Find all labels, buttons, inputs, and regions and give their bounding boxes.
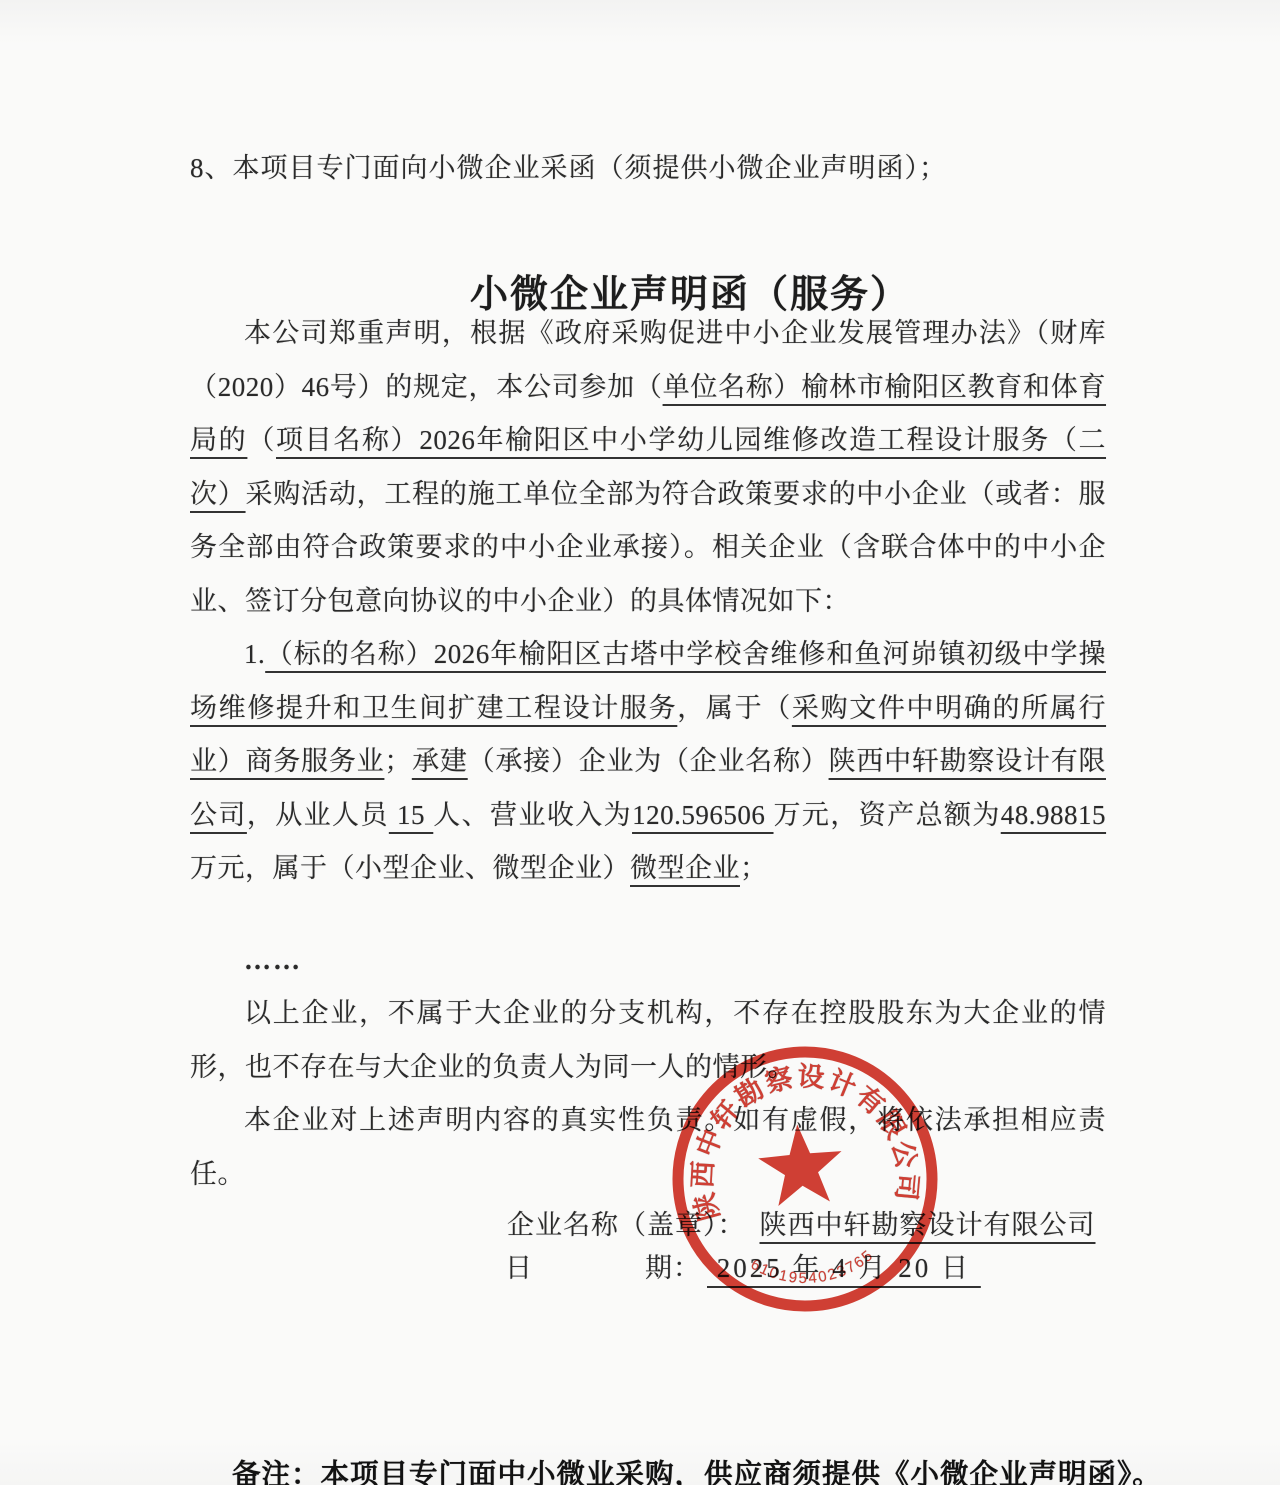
text-segment: 采购活动，工程的施工单位全部为符合政策要求的中小企业（或者：服务全部由符合政策要… [190, 479, 1106, 616]
text-segment: 48.98815 [1001, 800, 1106, 830]
ellipsis-line: …… [190, 934, 1106, 988]
text-segment: ； [384, 746, 412, 776]
footer-remark: 备注：本项目专门面中小微业采购，供应商须提供《小微企业声明函》。 [232, 1452, 1162, 1485]
text-segment: 人、营业收入为 [433, 800, 632, 830]
text-segment: 万元，属于（小型企业、微型企业） [190, 853, 630, 883]
responsibility-paragraph: 本企业对上述声明内容的真实性负责。如有虚假，将依法承担相应责任。 [190, 1094, 1106, 1201]
text-segment: 万元，资产总额为 [774, 800, 1001, 830]
text-segment: 15 [389, 800, 433, 830]
text-segment: ； [740, 853, 768, 883]
scanned-declaration-document: { "page": { "note_top": "8、本项目专门面向小微企业采函… [0, 0, 1280, 1485]
text-segment: 120.596506 [632, 800, 773, 830]
seal-star-icon [756, 1121, 846, 1208]
clause-8-note: 8、本项目专门面向小微企业采函（须提供小微企业声明函）； [190, 146, 947, 185]
seal-serial-number: 6101954023765 [747, 1245, 880, 1292]
text-segment: ，从业人员 [247, 800, 389, 830]
text-segment: ，属于（ [677, 693, 792, 723]
declaration-paragraph: 本公司郑重声明，根据《政府采购促进中小企业发展管理办法》（财库（2020）46号… [190, 307, 1106, 628]
no-large-enterprise-paragraph: 以上企业，不属于大企业的分支机构，不存在控股股东为大企业的情形，也不存在与大企业… [190, 987, 1106, 1094]
text-segment: （承接）企业为（企业名称） [468, 746, 829, 776]
document-body: 本公司郑重声明，根据《政府采购促进中小企业发展管理办法》（财库（2020）46号… [190, 307, 1106, 1201]
text-segment: 微型企业 [630, 853, 740, 883]
text-segment: （ [247, 425, 276, 455]
svg-text:6101954023765: 6101954023765 [747, 1245, 880, 1292]
subject-item-1-paragraph: 1.（标的名称）2026年榆阳区古塔中学校舍维修和鱼河峁镇初级中学操场维修提升和… [190, 628, 1106, 896]
text-segment: 承建 [412, 746, 468, 776]
date-char: 日 [505, 1253, 533, 1283]
text-segment: 1. [244, 639, 265, 669]
company-red-seal: 陕西中轩勘察设计有限公司 6101954023765 [654, 1028, 955, 1329]
